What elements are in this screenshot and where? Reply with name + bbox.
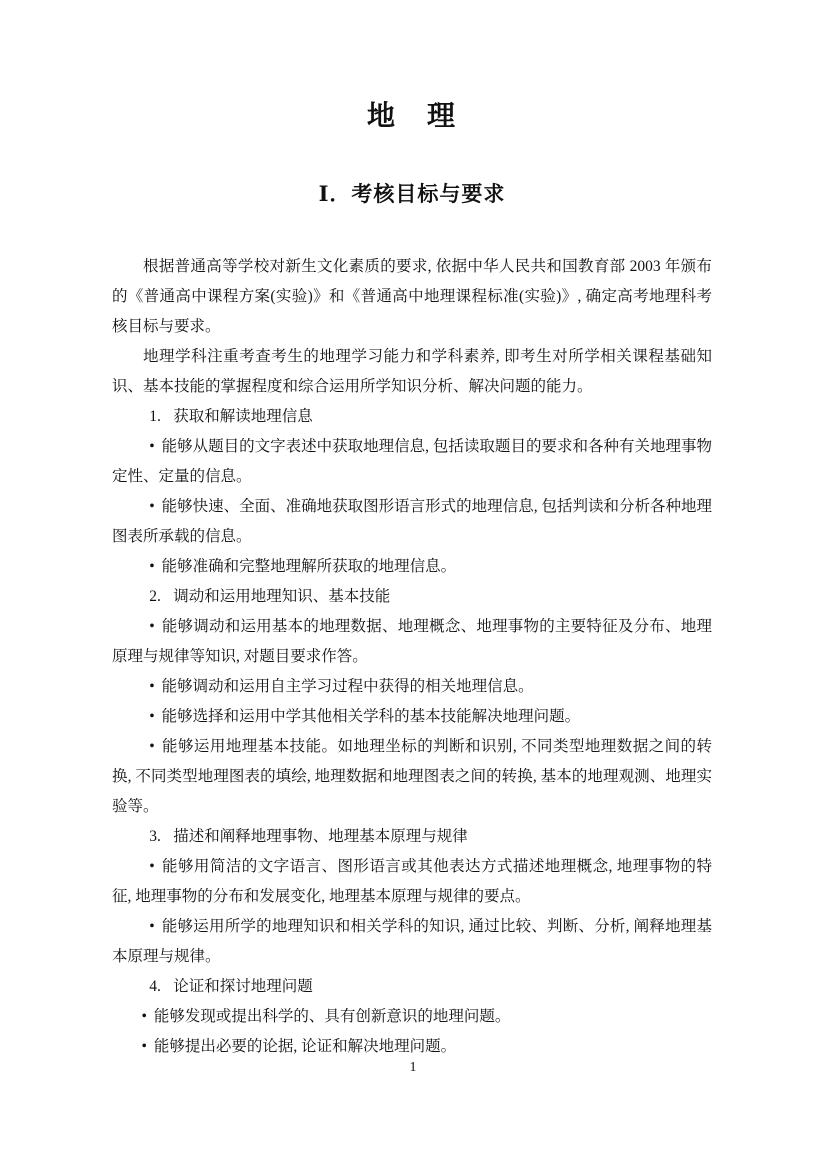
bullet-icon: • [141,1038,146,1055]
bullet-item: •能够选择和运用中学其他相关学科的基本技能解决地理问题。 [112,702,712,732]
item-number: 1. [149,408,161,425]
bullet-icon: • [141,1008,146,1025]
bullet-icon: • [149,558,154,575]
page-number: 1 [0,1058,826,1078]
bullet-item: •能够准确和完整地理解所获取的地理信息。 [112,552,712,582]
document-body: 根据普通高等学校对新生文化素质的要求, 依据中华人民共和国教育部 2003 年颁… [112,252,712,1062]
paragraph-text: 根据普通高等学校对新生文化素质的要求, 依据中华人民共和国教育部 2003 年颁… [112,258,712,335]
item-text: 能够从题目的文字表述中获取地理信息, 包括读取题目的要求和各种有关地理事物定性、… [112,438,712,485]
document-title: 地 理 [112,98,712,136]
numbered-item: 3.描述和阐释地理事物、地理基本原理与规律 [112,822,712,852]
bullet-icon: • [149,918,154,935]
body-paragraph: 根据普通高等学校对新生文化素质的要求, 依据中华人民共和国教育部 2003 年颁… [112,252,712,342]
bullet-item: •能够用简洁的文字语言、图形语言或其他表达方式描述地理概念, 地理事物的特征, … [112,852,712,912]
bullet-item: •能够调动和运用基本的地理数据、地理概念、地理事物的主要特征及分布、地理原理与规… [112,612,712,672]
item-text: 论证和探讨地理问题 [173,978,313,995]
item-text: 能够运用地理基本技能。如地理坐标的判断和识别, 不同类型地理数据之间的转换, 不… [112,738,712,815]
item-text: 能够提出必要的论据, 论证和解决地理问题。 [154,1038,456,1055]
item-number: 4. [149,978,161,995]
bullet-item: •能够发现或提出科学的、具有创新意识的地理问题。 [112,1002,712,1032]
item-text: 能够运用所学的地理知识和相关学科的知识, 通过比较、判断、分析, 阐释地理基本原… [112,918,712,965]
item-text: 调动和运用地理知识、基本技能 [173,588,390,605]
item-text: 能够用简洁的文字语言、图形语言或其他表达方式描述地理概念, 地理事物的特征, 地… [112,858,712,905]
bullet-icon: • [149,738,154,755]
item-text: 能够准确和完整地理解所获取的地理信息。 [162,558,457,575]
item-text: 能够调动和运用自主学习过程中获得的相关地理信息。 [162,678,534,695]
numbered-item: 4.论证和探讨地理问题 [112,972,712,1002]
item-text: 描述和阐释地理事物、地理基本原理与规律 [173,828,468,845]
bullet-item: •能够运用地理基本技能。如地理坐标的判断和识别, 不同类型地理数据之间的转换, … [112,732,712,822]
bullet-icon: • [149,438,154,455]
bullet-item: •能够调动和运用自主学习过程中获得的相关地理信息。 [112,672,712,702]
bullet-item: •能够从题目的文字表述中获取地理信息, 包括读取题目的要求和各种有关地理事物定性… [112,432,712,492]
numbered-item: 2.调动和运用地理知识、基本技能 [112,582,712,612]
document-page: 地 理 Ⅰ．考核目标与要求 根据普通高等学校对新生文化素质的要求, 依据中华人民… [0,0,826,1169]
item-text: 能够发现或提出科学的、具有创新意识的地理问题。 [154,1008,511,1025]
item-text: 能够调动和运用基本的地理数据、地理概念、地理事物的主要特征及分布、地理原理与规律… [112,618,712,665]
item-number: 2. [149,588,161,605]
bullet-icon: • [149,678,154,695]
section-heading: Ⅰ．考核目标与要求 [112,180,712,208]
bullet-icon: • [149,708,154,725]
item-text: 能够快速、全面、准确地获取图形语言形式的地理信息, 包括判读和分析各种地理图表所… [112,498,712,545]
bullet-item: •能够快速、全面、准确地获取图形语言形式的地理信息, 包括判读和分析各种地理图表… [112,492,712,552]
numbered-item: 1.获取和解读地理信息 [112,402,712,432]
paragraph-text: 地理学科注重考查考生的地理学习能力和学科素养, 即考生对所学相关课程基础知识、基… [112,348,712,395]
item-number: 3. [149,828,161,845]
item-text: 能够选择和运用中学其他相关学科的基本技能解决地理问题。 [162,708,581,725]
bullet-icon: • [149,498,154,515]
item-text: 获取和解读地理信息 [173,408,313,425]
bullet-item: •能够运用所学的地理知识和相关学科的知识, 通过比较、判断、分析, 阐释地理基本… [112,912,712,972]
bullet-icon: • [149,858,154,875]
body-paragraph: 地理学科注重考查考生的地理学习能力和学科素养, 即考生对所学相关课程基础知识、基… [112,342,712,402]
bullet-icon: • [149,618,154,635]
